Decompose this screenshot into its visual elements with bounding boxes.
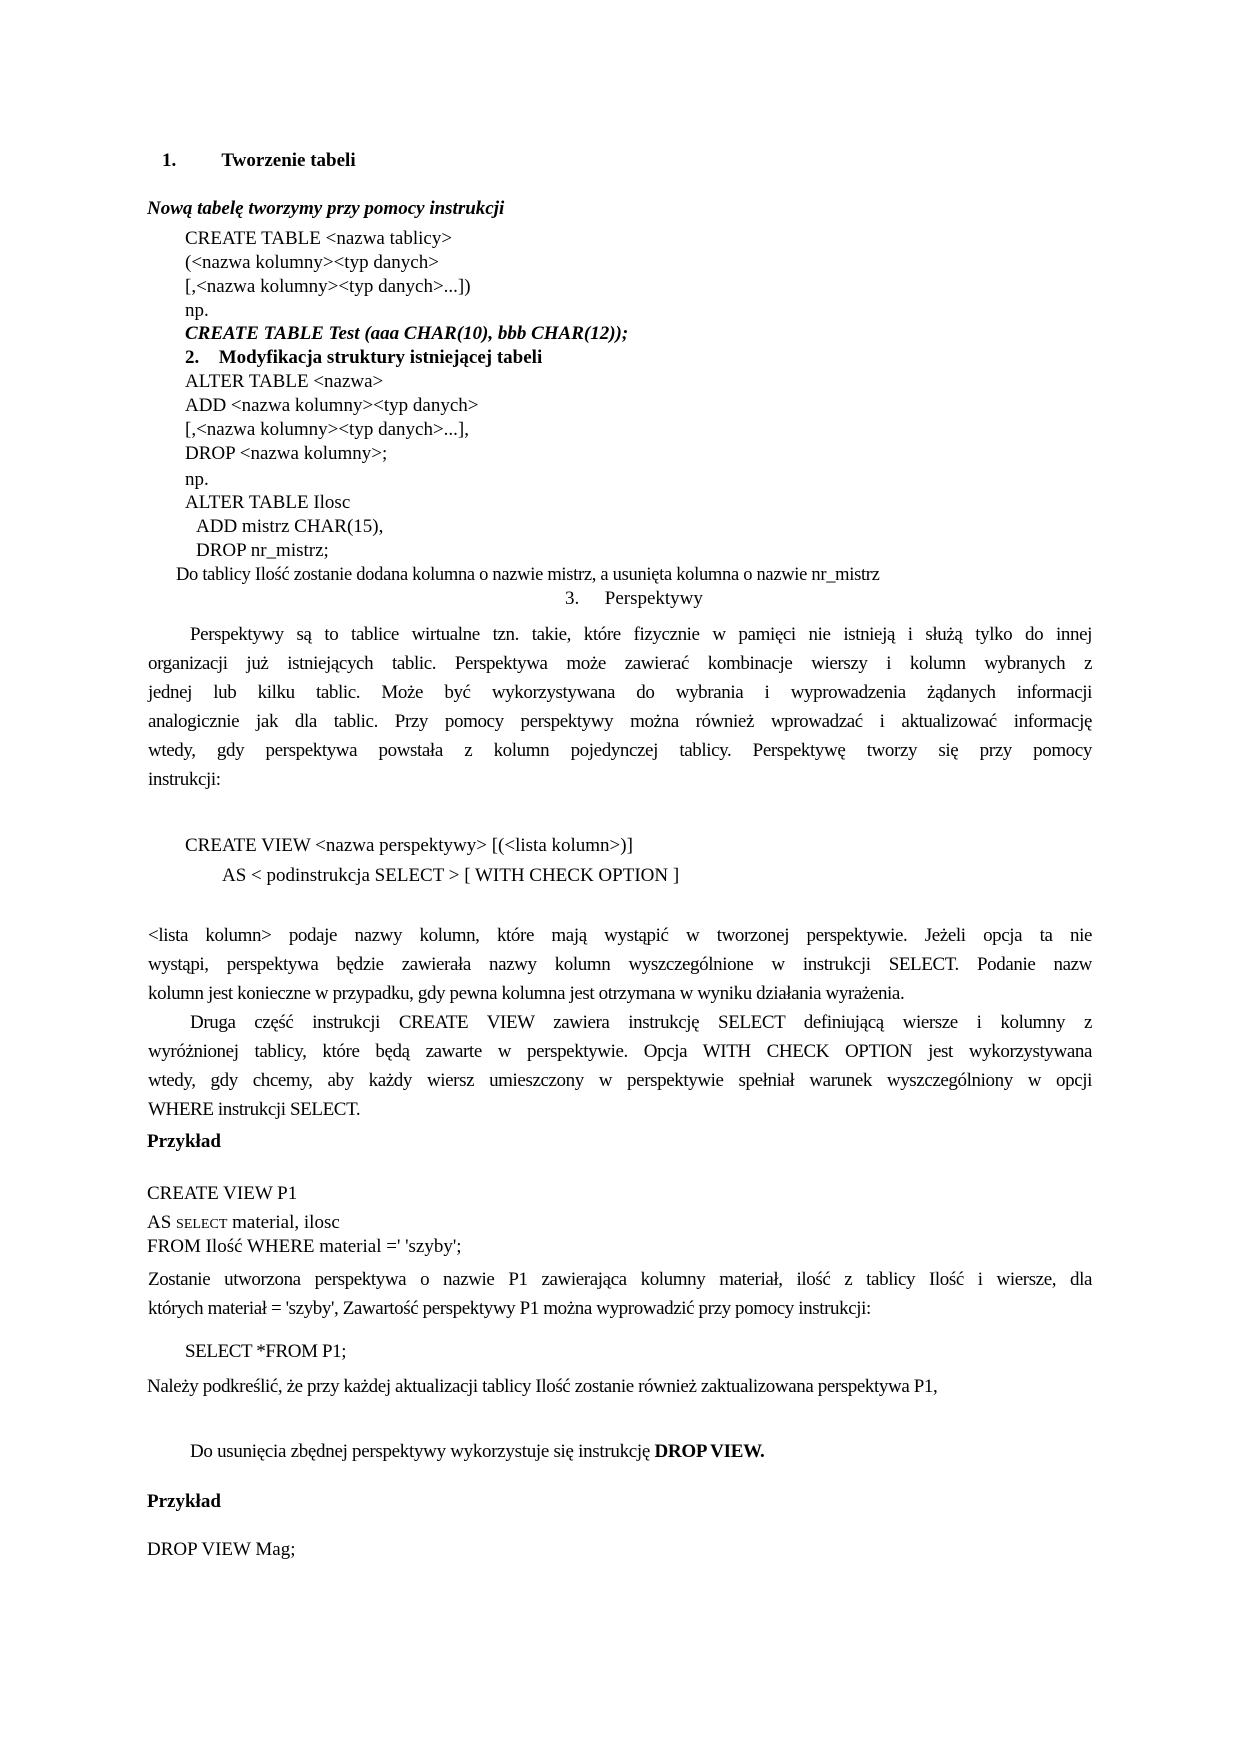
section-2-heading: 2. Modyfikacja struktury istniejącej tab… [185, 346, 542, 370]
paragraph-line: wystąpi, perspektywa będzie zawierała na… [148, 950, 1092, 979]
paragraph-line: wtedy, gdy chcemy, aby każdy wiersz umie… [148, 1066, 1092, 1095]
code-line: AS < podinstrukcja SELECT > [ WITH CHECK… [222, 864, 679, 888]
example-label: Przykład [147, 1130, 221, 1154]
code-line: CREATE VIEW <nazwa perspektywy> [(<lista… [185, 834, 633, 858]
code-line: DROP VIEW Mag; [147, 1538, 295, 1562]
example-label: Przykład [147, 1490, 221, 1514]
code-line: np. [185, 468, 209, 492]
section-1-title: Tworzenie tabeli [221, 150, 355, 171]
paragraph-line: WHERE instrukcji SELECT. [148, 1095, 1092, 1124]
example-explanation: Zostanie utworzona perspektywa o nazwie … [148, 1265, 1092, 1323]
paragraph-perspektywy: Perspektywy są to tablice wirtualne tzn.… [148, 620, 1092, 794]
section-3-heading: 3. Perspektywy [565, 587, 703, 611]
section-1-heading: 1. Tworzenie tabeli [162, 149, 356, 173]
paragraph-line: kolumn jest konieczne w przypadku, gdy p… [148, 979, 1092, 1008]
code-line: [,<nazwa kolumny><typ danych>...], [185, 418, 469, 442]
section-2-title: Modyfikacja struktury istniejącej tabeli [219, 347, 542, 368]
code-line: (<nazwa kolumny><typ danych> [185, 251, 439, 275]
section-3-title: Perspektywy [605, 588, 703, 609]
code-example: CREATE TABLE Test (aaa CHAR(10), bbb CHA… [185, 322, 628, 346]
paragraph-line: wtedy, gdy perspektywa powstała z kolumn… [148, 736, 1092, 765]
code-line: FROM Ilość WHERE material =' 'szyby'; [147, 1235, 462, 1259]
code-line: CREATE TABLE <nazwa tablicy> [185, 227, 452, 251]
section-2-explanation: Do tablicy Ilość zostanie dodana kolumna… [176, 563, 880, 587]
paragraph-line: Perspektywy są to tablice wirtualne tzn.… [148, 620, 1092, 649]
code-line: ADD mistrz CHAR(15), [196, 515, 383, 539]
paragraph-line: Druga część instrukcji CREATE VIEW zawie… [148, 1008, 1092, 1037]
section-3-number: 3. [565, 588, 579, 609]
code-line: [,<nazwa kolumny><typ danych>...]) [185, 275, 471, 299]
paragraph-lista-kolumn: <lista kolumn> podaje nazwy kolumn, któr… [148, 921, 1092, 1008]
code-line: np. [185, 299, 209, 323]
paragraph-line: instrukcji: [148, 765, 1092, 794]
code-line: AS SELECT material, ilosc [147, 1211, 340, 1237]
paragraph-druga-czesc: Druga część instrukcji CREATE VIEW zawie… [148, 1008, 1092, 1124]
paragraph-line: organizacji już istniejących tablic. Per… [148, 649, 1092, 678]
section-1-number: 1. [162, 150, 176, 171]
code-line: ADD <nazwa kolumny><typ danych> [185, 394, 479, 418]
paragraph-line: <lista kolumn> podaje nazwy kolumn, któr… [148, 921, 1092, 950]
code-line: DROP nr_mistrz; [196, 539, 329, 563]
code-line: ALTER TABLE <nazwa> [185, 370, 383, 394]
section-2-number: 2. [185, 347, 199, 368]
section-1-intro: Nową tabelę tworzymy przy pomocy instruk… [147, 197, 504, 221]
code-line: ALTER TABLE Ilosc [185, 491, 350, 515]
code-line: CREATE VIEW P1 [147, 1182, 297, 1206]
paragraph-line: których materiał = 'szyby', Zawartość pe… [148, 1294, 1092, 1323]
paragraph-line: wyróżnionej tablicy, które będą zawarte … [148, 1037, 1092, 1066]
code-line: SELECT *FROM P1; [185, 1340, 346, 1364]
paragraph-line: analogicznie jak dla tablic. Przy pomocy… [148, 707, 1092, 736]
code-line: DROP <nazwa kolumny>; [185, 442, 387, 466]
paragraph-line: Zostanie utworzona perspektywa o nazwie … [148, 1265, 1092, 1294]
note-text: Należy podkreślić, że przy każdej aktual… [147, 1375, 937, 1399]
paragraph-line: jednej lub kilku tablic. Może być wykorz… [148, 678, 1092, 707]
drop-view-sentence: Do usunięcia zbędnej perspektywy wykorzy… [190, 1440, 764, 1464]
